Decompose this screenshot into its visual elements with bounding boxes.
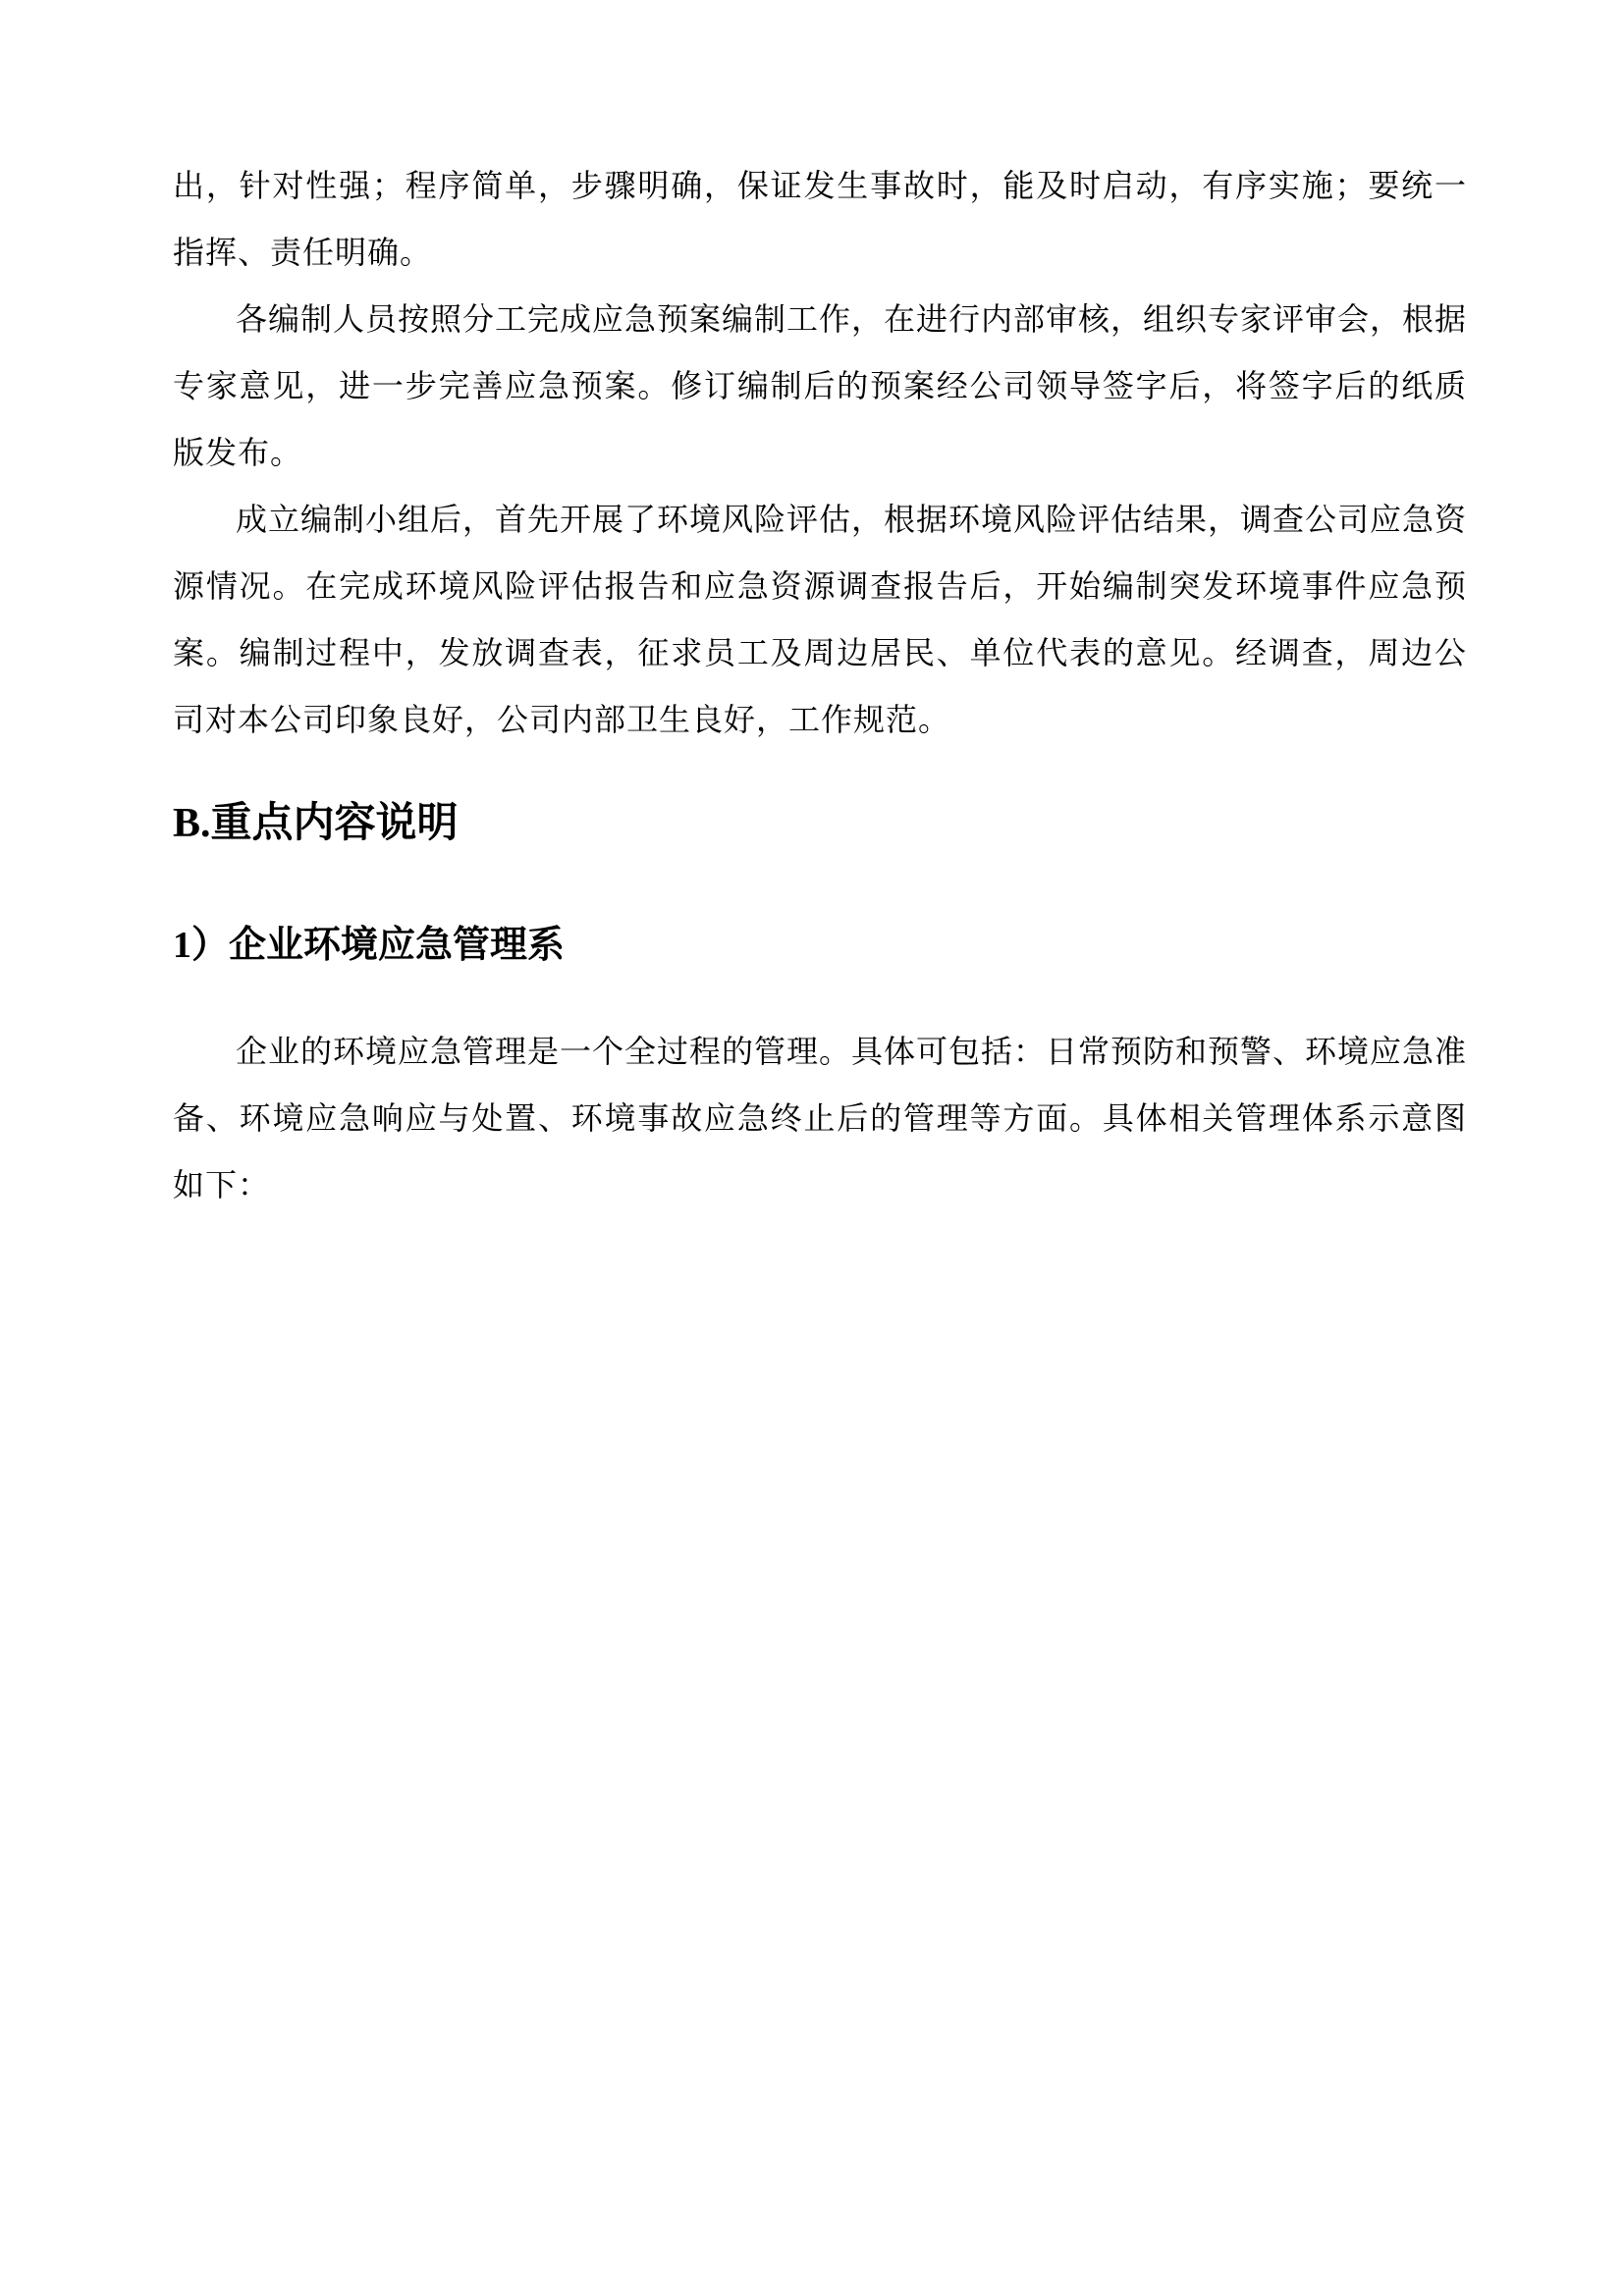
body-paragraph: 各编制人员按照分工完成应急预案编制工作，在进行内部审核，组织专家评审会，根据专家… — [173, 286, 1467, 486]
body-paragraph: 企业的环境应急管理是一个全过程的管理。具体可包括：日常预防和预警、环境应急准备、… — [173, 1018, 1467, 1218]
section-heading: B.重点内容说明 — [173, 794, 1467, 853]
body-paragraph: 成立编制小组后，首先开展了环境风险评估，根据环境风险评估结果，调查公司应急资源情… — [173, 486, 1467, 753]
body-paragraph-continuation: 出，针对性强；程序简单，步骤明确，保证发生事故时，能及时启动，有序实施；要统一指… — [173, 152, 1467, 286]
document-page: 出，针对性强；程序简单，步骤明确，保证发生事故时，能及时启动，有序实施；要统一指… — [0, 0, 1624, 2296]
page-content: 出，针对性强；程序简单，步骤明确，保证发生事故时，能及时启动，有序实施；要统一指… — [0, 0, 1624, 1218]
subsection-heading: 1）企业环境应急管理系 — [173, 918, 1467, 973]
